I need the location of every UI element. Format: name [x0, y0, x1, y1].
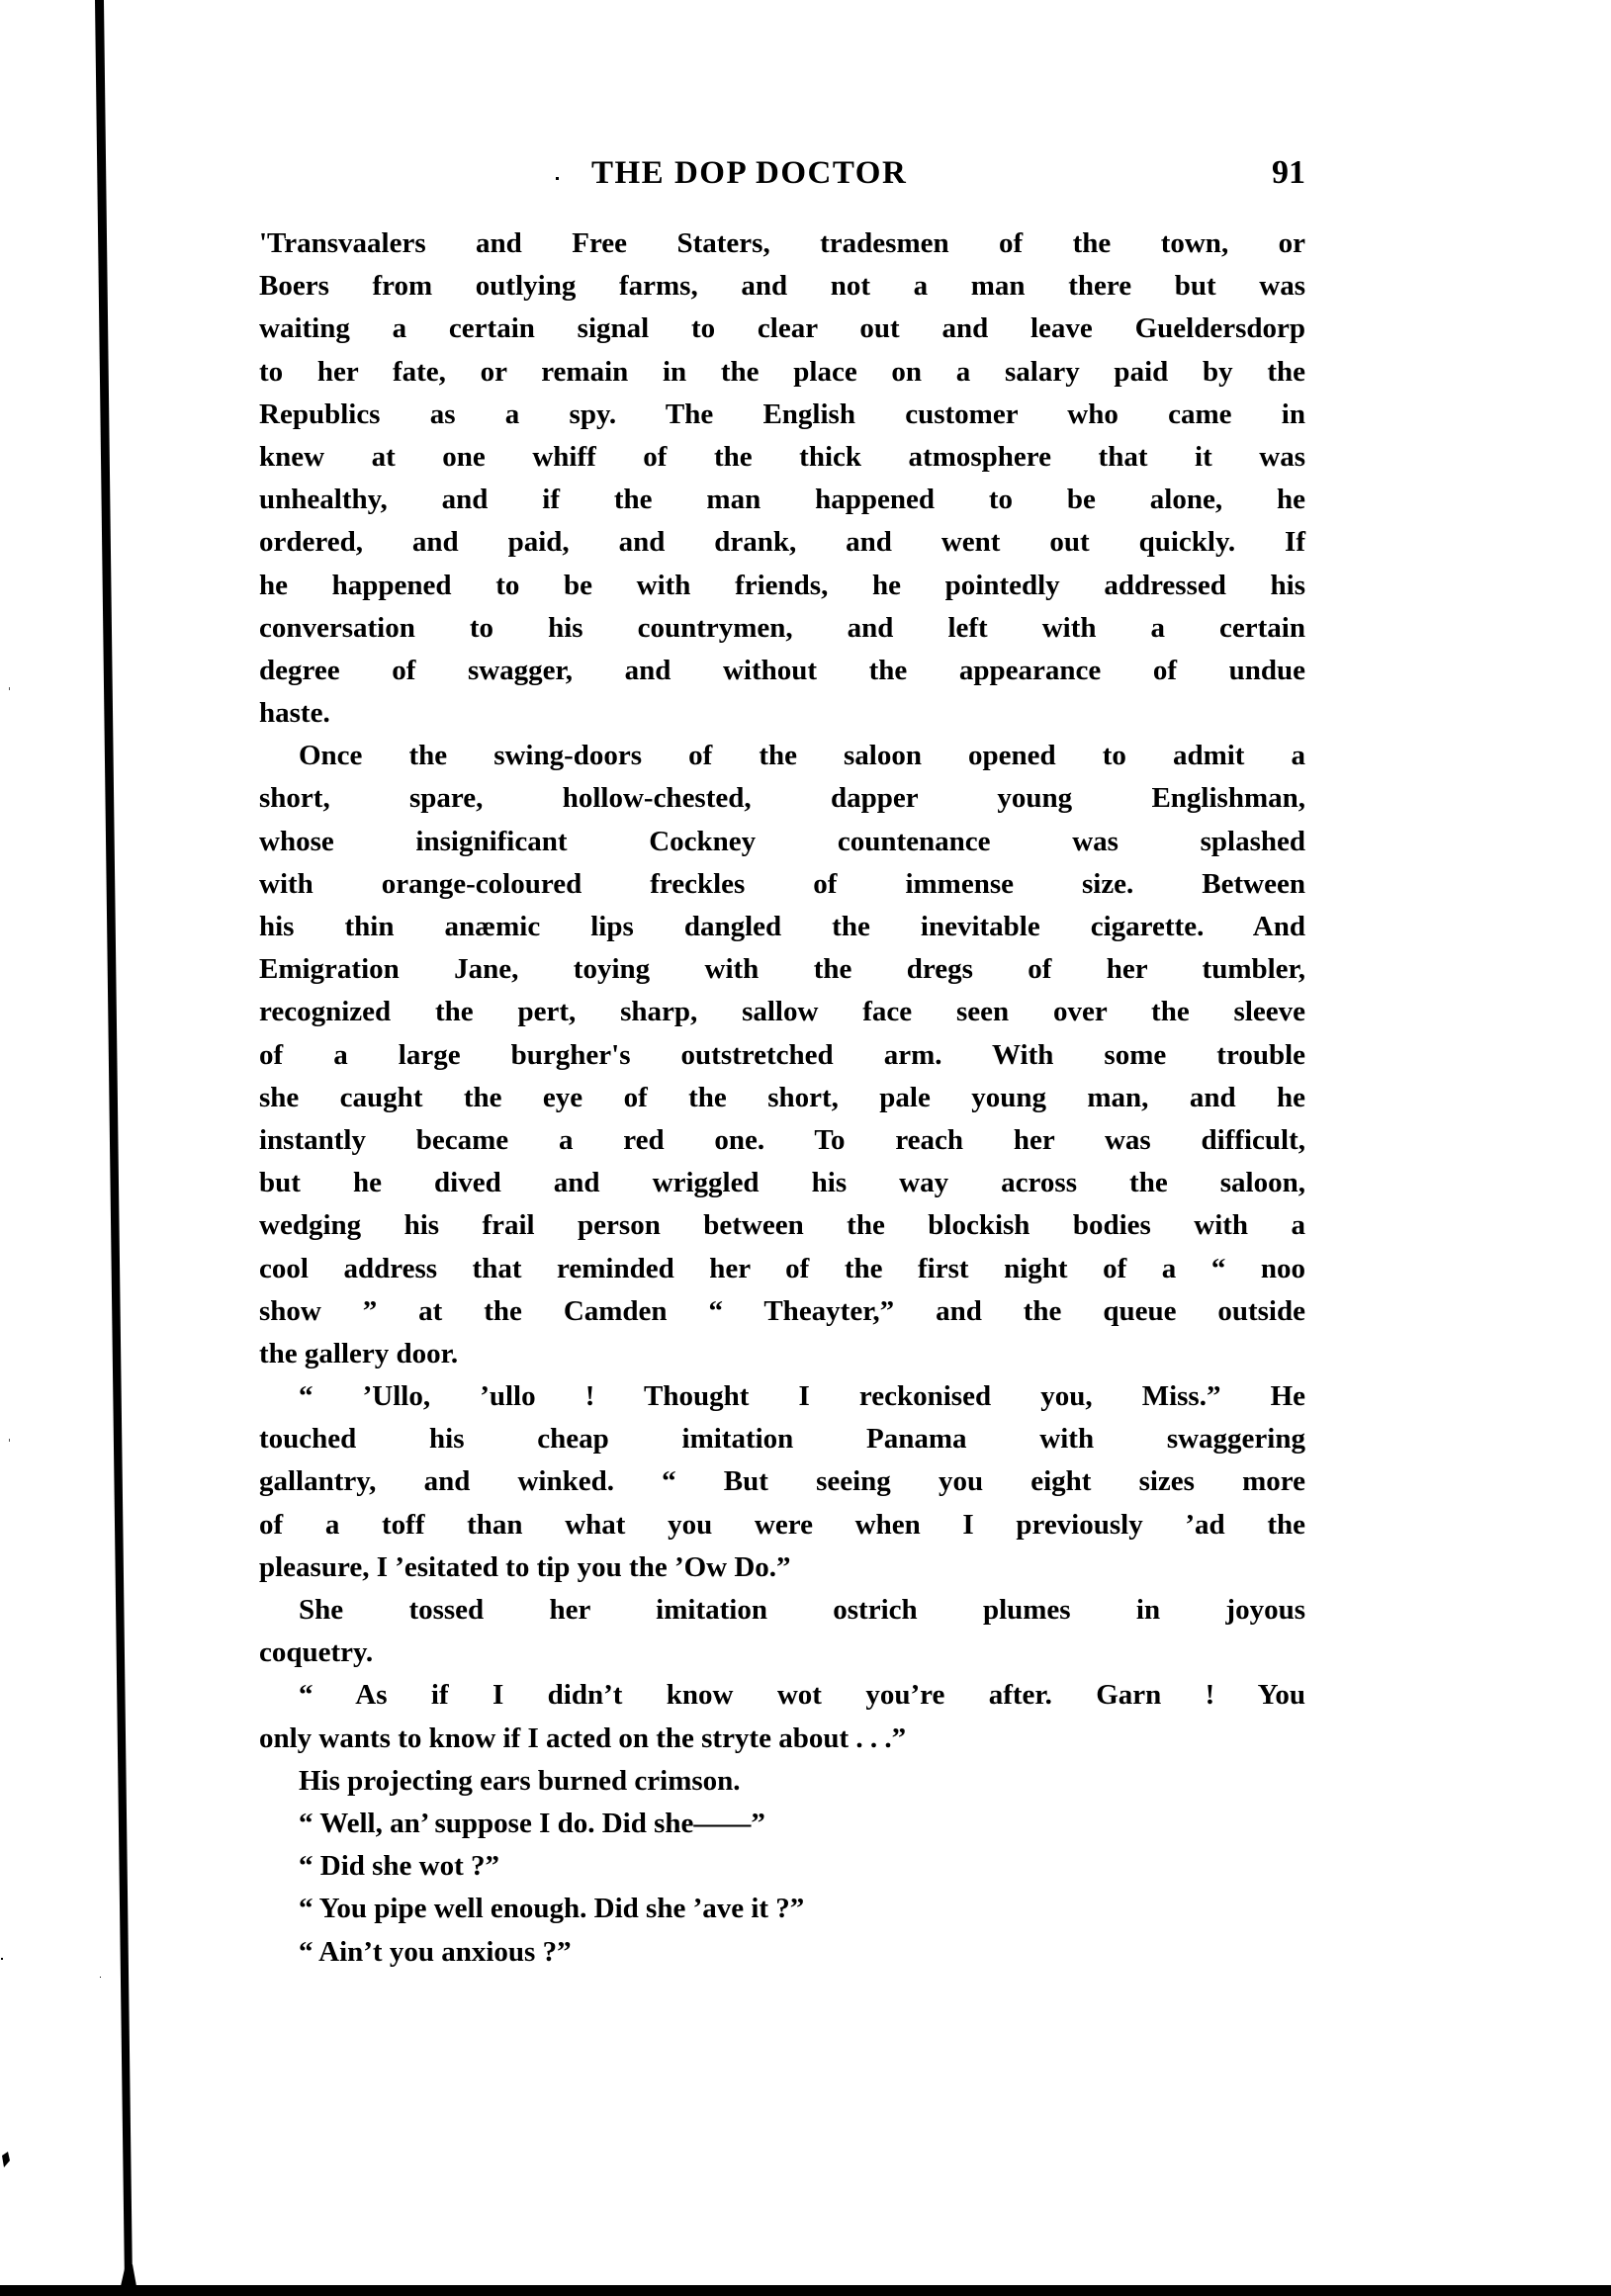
dialogue-line: “ You pipe well enough. Did she ’ave it … [259, 1888, 1305, 1930]
text-line: degree of swagger, and without the appea… [259, 650, 1305, 692]
text-line: gallantry, and winked. “ But seeing you … [259, 1460, 1305, 1503]
running-head: THE DOP DOCTOR 91 [259, 155, 1305, 191]
page-number: 91 [1272, 155, 1305, 191]
text-line: wedging his frail person between the blo… [259, 1204, 1305, 1247]
dialogue-line: “ ’Ullo, ’ullo ! Thought I reckonised yo… [259, 1375, 1305, 1418]
text-line: to her fate, or remain in the place on a… [259, 351, 1305, 394]
text-line: touched his cheap imitation Panama with … [259, 1418, 1305, 1460]
text-line: ordered, and paid, and drank, and went o… [259, 521, 1305, 564]
text-line: his thin anæmic lips dangled the inevita… [259, 906, 1305, 948]
text-line: unhealthy, and if the man happened to be… [259, 479, 1305, 521]
paragraph-start-line: She tossed her imitation ostrich plumes … [259, 1589, 1305, 1632]
body-text: 'Transvaalers and Free Staters, tradesme… [259, 222, 1305, 1974]
text-line: Emigration Jane, toying with the dregs o… [259, 948, 1305, 991]
paragraph-line: His projecting ears burned crimson. [259, 1760, 1305, 1803]
text-line: instantly became a red one. To reach her… [259, 1119, 1305, 1162]
dialogue-line: “ Did she wot ?” [259, 1845, 1305, 1888]
text-line: but he dived and wriggled his way across… [259, 1162, 1305, 1204]
scan-speck [2, 2152, 10, 2167]
text-line: conversation to his countrymen, and left… [259, 607, 1305, 650]
book-page: THE DOP DOCTOR 91 'Transvaalers and Free… [0, 0, 1611, 2296]
text-line: show ” at the Camden “ Theayter,” and th… [259, 1290, 1305, 1333]
text-line: of a toff than what you were when I prev… [259, 1504, 1305, 1546]
text-line: whose insignificant Cockney countenance … [259, 821, 1305, 863]
text-line: Boers from outlying farms, and not a man… [259, 265, 1305, 308]
text-line: waiting a certain signal to clear out an… [259, 308, 1305, 350]
paragraph-start-line: Once the swing-doors of the saloon opene… [259, 735, 1305, 777]
running-title: THE DOP DOCTOR [591, 155, 907, 191]
paragraph-end-line: only wants to know if I acted on the str… [259, 1718, 1305, 1760]
header-dot [556, 177, 559, 180]
text-line: she caught the eye of the short, pale yo… [259, 1077, 1305, 1119]
bottom-edge-line [0, 2285, 1611, 2296]
text-line: cool address that reminded her of the fi… [259, 1248, 1305, 1290]
text-line: Republics as a spy. The English customer… [259, 394, 1305, 436]
text-line: 'Transvaalers and Free Staters, tradesme… [259, 222, 1305, 265]
paragraph-end-line: pleasure, I ’esitated to tip you the ’Ow… [259, 1546, 1305, 1589]
paragraph-end-line: coquetry. [259, 1632, 1305, 1674]
left-binding-line [95, 0, 133, 2286]
text-line: of a large burgher's outstretched arm. W… [259, 1034, 1305, 1077]
paragraph-end-line: haste. [259, 692, 1305, 735]
paragraph-end-line: the gallery door. [259, 1333, 1305, 1375]
scan-speck [1, 1958, 3, 1960]
text-line: recognized the pert, sharp, sallow face … [259, 991, 1305, 1033]
text-line: with orange-coloured freckles of immense… [259, 863, 1305, 906]
text-line: he happened to be with friends, he point… [259, 565, 1305, 607]
text-line: short, spare, hollow-chested, dapper you… [259, 777, 1305, 820]
text-line: knew at one whiff of the thick atmospher… [259, 436, 1305, 479]
dialogue-line: “ Well, an’ suppose I do. Did she——” [259, 1803, 1305, 1845]
dialogue-line: “ As if I didn’t know wot you’re after. … [259, 1674, 1305, 1717]
dialogue-line: “ Ain’t you anxious ?” [259, 1931, 1305, 1974]
